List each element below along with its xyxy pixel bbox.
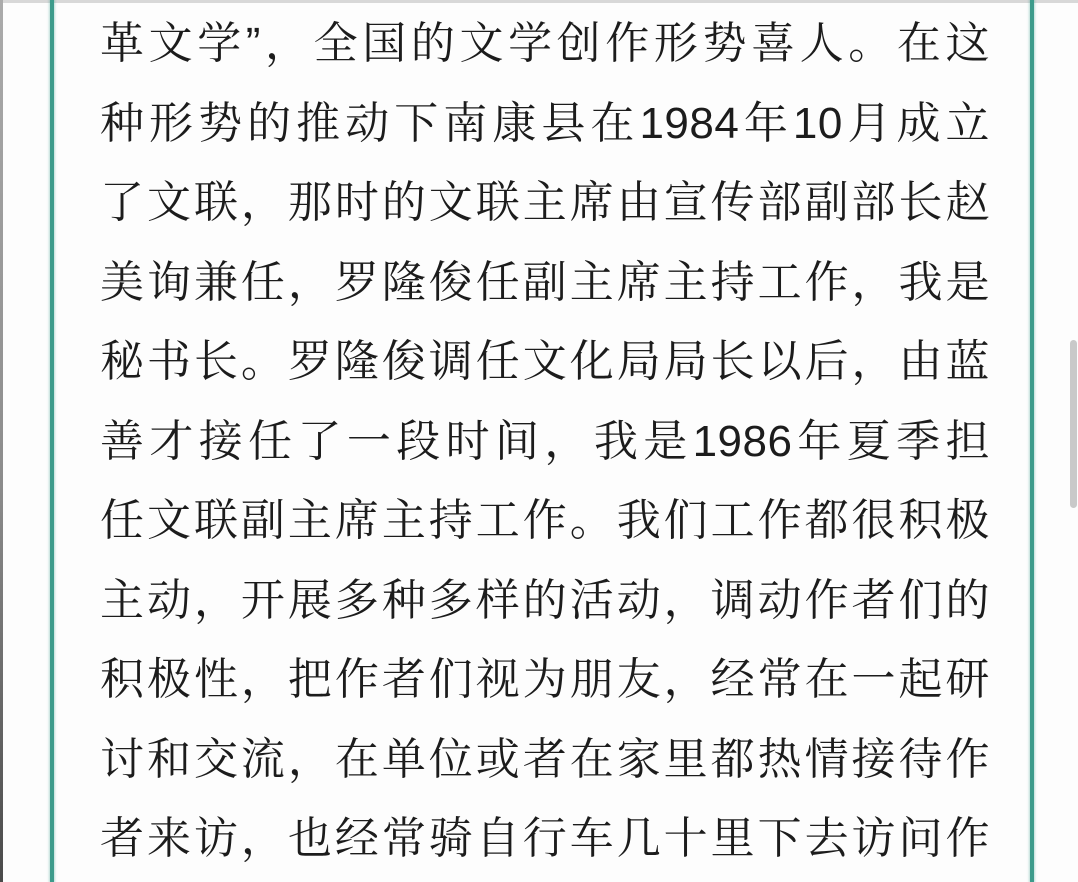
scrollbar-thumb[interactable] xyxy=(1070,340,1077,508)
page-border-left xyxy=(50,0,54,882)
text-line: 任文联副主席主持工作。我们工作都很积极 xyxy=(100,481,990,561)
window-left-edge xyxy=(0,0,3,882)
text-line: 者来访，也经常骑自行车几十里下去访问作 xyxy=(100,799,990,879)
text-line: 善才接任了一段时间，我是1986年夏季担 xyxy=(100,402,990,482)
text-line: 了文联，那时的文联主席由宣传部副部长赵 xyxy=(100,163,990,243)
text-line: 秘书长。罗隆俊调任文化局局长以后，由蓝 xyxy=(100,322,990,402)
text-line: 讨和交流，在单位或者在家里都热情接待作 xyxy=(100,720,990,800)
text-line: 种形势的推动下南康县在1984年10月成立 xyxy=(100,84,990,164)
text-line: 革文学”，全国的文学创作形势喜人。在这 xyxy=(100,4,990,84)
document-page: 革文学”，全国的文学创作形势喜人。在这种形势的推动下南康县在1984年10月成立… xyxy=(0,0,1078,882)
top-divider xyxy=(0,0,1078,3)
text-line: 美询兼任，罗隆俊任副主席主持工作，我是 xyxy=(100,243,990,323)
article-text: 革文学”，全国的文学创作形势喜人。在这种形势的推动下南康县在1984年10月成立… xyxy=(100,4,990,879)
text-line: 主动，开展多种多样的活动，调动作者们的 xyxy=(100,561,990,641)
page-border-right xyxy=(1030,0,1034,882)
text-line: 积极性，把作者们视为朋友，经常在一起研 xyxy=(100,640,990,720)
